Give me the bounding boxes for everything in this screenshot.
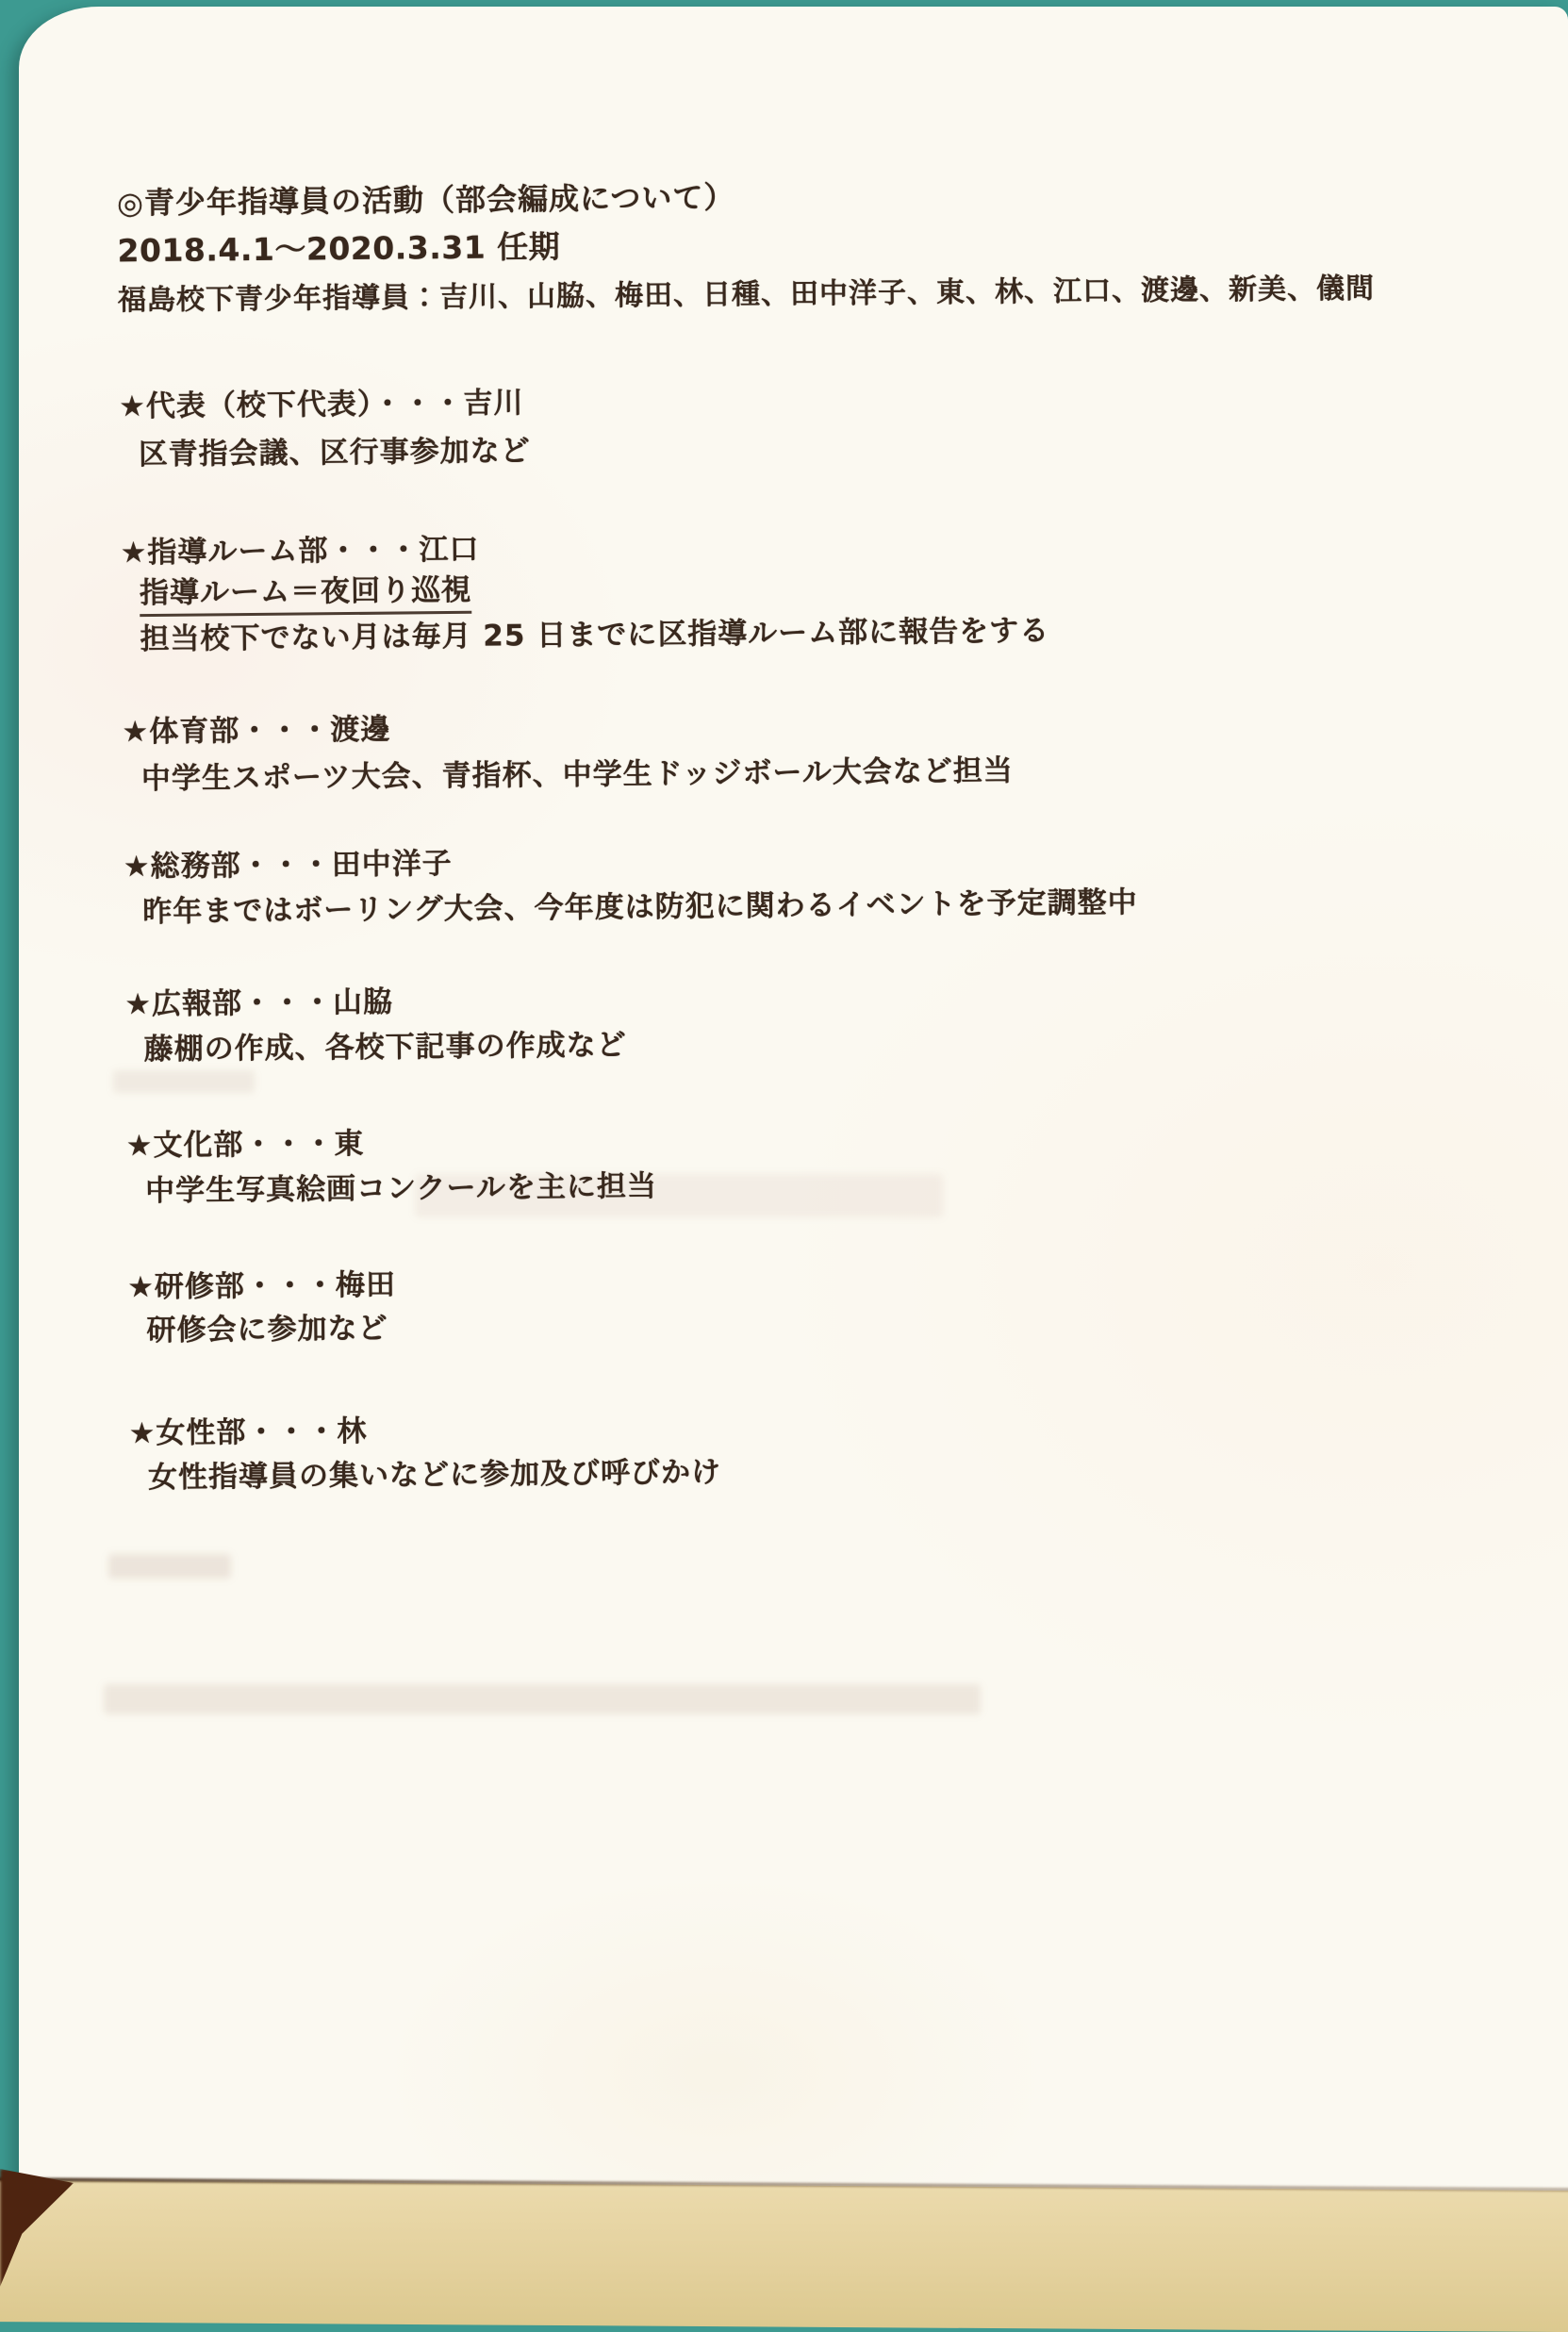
section-heading: ★女性部・・・林 [128,1407,367,1451]
term-line: 2018.4.1～2020.3.31 任期 [117,223,560,272]
section-detail: 藤棚の作成、各校下記事の作成など [143,1020,626,1067]
desk-surface [0,2180,1568,2303]
section-heading: ★代表（校下代表）・・・吉川 [119,378,524,424]
section-heading: ★広報部・・・山脇 [124,978,393,1023]
section-heading: ★文化部・・・東 [125,1119,364,1164]
section-detail: 女性指導員の集いなどに参加及び呼びかけ [148,1447,721,1496]
document-title: ◎青少年指導員の活動（部会編成について） [117,174,735,223]
section-heading: ★研修部・・・梅田 [127,1261,396,1306]
section-heading: ★総務部・・・田中洋子 [124,839,453,885]
section-detail: 研修会に参加など [146,1304,388,1348]
members-line: 福島校下青少年指導員：吉川、山脇、梅田、日種、田中洋子、東、林、江口、渡邊、新美… [118,265,1375,319]
document-page: ◎青少年指導員の活動（部会編成について） 2018.4.1～2020.3.31 … [19,7,1568,2303]
section-detail: 中学生スポーツ大会、青指杯、中学生ドッジボール大会など担当 [141,746,1014,797]
section-heading: ★体育部・・・渡邊 [122,705,390,751]
section-detail: 担当校下でない月は毎月 25 日までに区指導ルーム部に報告をする [140,606,1049,657]
document-content: ◎青少年指導員の活動（部会編成について） 2018.4.1～2020.3.31 … [115,0,1532,2303]
section-detail: 昨年まではボーリング大会、今年度は防犯に関わるイベントを予定調整中 [142,878,1138,930]
section-detail-underlined: 指導ルーム＝夜回り巡視 [140,566,471,617]
section-heading: ★指導ルーム部・・・江口 [120,525,479,571]
section-detail: 中学生写真絵画コンクールを主に担当 [145,1162,657,1209]
section-detail: 区青指会議、区行事参加など [138,426,530,472]
